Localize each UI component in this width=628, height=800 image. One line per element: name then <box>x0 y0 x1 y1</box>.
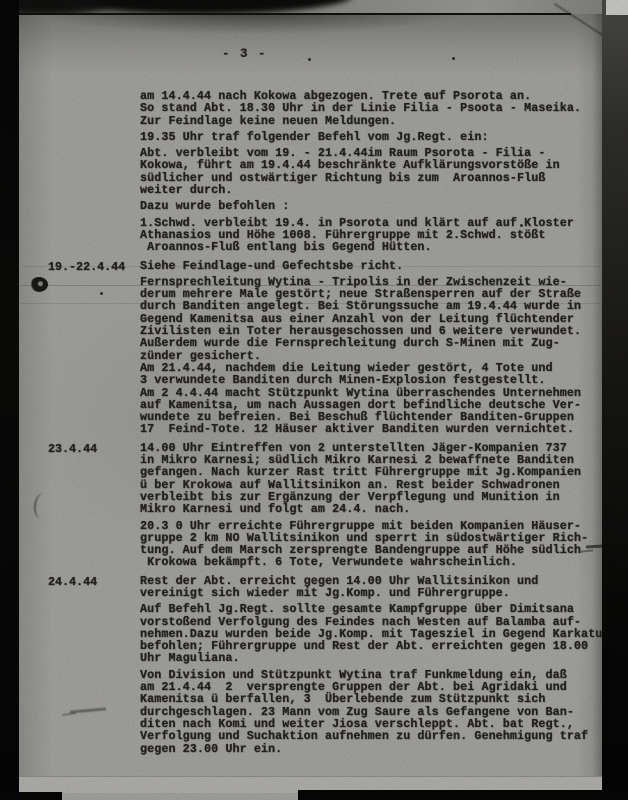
entry-date: 23.4.44 <box>48 442 97 456</box>
text-line: Außerdem wurde die Fernsprechleitung dur… <box>140 337 604 349</box>
text-line: Auf Befehl Jg.Regt. sollte gesamte Kampf… <box>140 603 604 615</box>
text-line: weiter durch. <box>140 184 604 196</box>
entry-paragraph: Rest der Abt. erreicht gegen 14.00 Uhr W… <box>140 575 604 600</box>
text-line: 19.35 Uhr traf folgender Befehl vom Jg.R… <box>140 131 604 143</box>
entry-date: 24.4.44 <box>48 575 97 589</box>
ink-speck <box>452 57 455 60</box>
entry-paragraph: 20.3 0 Uhr erreichte Führergruppe mit be… <box>140 520 604 569</box>
entry-paragraphs: am 14.4.44 nach Kokowa abgezogen. Trete … <box>140 90 604 254</box>
page-shadow-blob <box>19 0 109 14</box>
diary-entry: 19.-22.4.44Siehe Feindlage-und Gefechtsb… <box>48 260 604 436</box>
diary-entries: am 14.4.44 nach Kokowa abgezogen. Trete … <box>48 90 604 761</box>
entry-paragraph: 14.00 Uhr Eintreffen von 2 unterstellten… <box>140 442 604 516</box>
entry-paragraph: Siehe Feindlage-und Gefechtsbe richt. <box>140 260 604 272</box>
text-line: vereinigt sich wieder mit Jg.Komp. und F… <box>140 587 604 599</box>
scanned-document: - 3 - am 14.4.44 nach Kokowa abgezogen. … <box>0 0 628 800</box>
page-number: - 3 - <box>222 47 267 61</box>
scanner-frame-left <box>0 0 19 800</box>
diary-entry: am 14.4.44 nach Kokowa abgezogen. Trete … <box>48 90 604 254</box>
entry-paragraph: Von Division und Stützpunkt Wytina traf … <box>140 669 604 755</box>
text-line: Siehe Feindlage-und Gefechtsbe richt. <box>140 260 604 272</box>
entry-paragraphs: Rest der Abt. erreicht gegen 14.00 Uhr W… <box>140 575 604 755</box>
text-line: Kokowa, führt am 19.4.44 beschränkte Auf… <box>140 159 604 171</box>
ink-speck <box>308 58 311 61</box>
text-line: Kamenitsa ü berfallen, 3 Überlebende zum… <box>140 693 604 705</box>
text-line: Mikro Karnesi und folgt am 24.4. nach. <box>140 503 604 515</box>
entry-paragraph: Fernsprechleitung Wytina - Tripolis in d… <box>140 276 604 436</box>
text-line: So stand Abt. 18.30 Uhr in der Linie Fil… <box>140 102 604 114</box>
entry-paragraphs: 14.00 Uhr Eintreffen von 2 unterstellten… <box>140 442 604 569</box>
entry-paragraph: Abt. verbleibt vom 19. - 21.4.44im Raum … <box>140 147 604 196</box>
hole-punch-mark <box>30 277 48 292</box>
diary-entry: 23.4.4414.00 Uhr Eintreffen von 2 unters… <box>48 442 604 569</box>
text-line: Verfolgung und Suchaktion aufnehmen zu d… <box>140 730 604 742</box>
text-line: Aroannos-Fluß entlang bis Gegend Hütten. <box>140 241 604 253</box>
scanner-background-top <box>19 0 602 14</box>
text-line: durch Banditen angelegt. Bei Störungssuc… <box>140 300 604 312</box>
scanner-frame-bottom <box>298 790 628 800</box>
text-line: Uhr Maguliana. <box>140 652 604 664</box>
scan-corner-highlight <box>606 0 628 15</box>
text-line: Dazu wurde befohlen : <box>140 200 604 212</box>
text-line: 20.3 0 Uhr erreichte Führergruppe mit be… <box>140 520 604 532</box>
entry-paragraphs: Siehe Feindlage-und Gefechtsbe richt.Fer… <box>140 260 604 436</box>
entry-paragraph: am 14.4.44 nach Kokowa abgezogen. Trete … <box>140 90 604 127</box>
entry-date: 19.-22.4.44 <box>48 260 125 274</box>
entry-paragraph: 19.35 Uhr traf folgender Befehl vom Jg.R… <box>140 131 604 143</box>
text-line: 17 Feind-Tote. 12 Häuser aktiver Bandite… <box>140 423 604 435</box>
text-line: gegen 23.00 Uhr ein. <box>140 743 604 755</box>
text-line: Krokowa bekämpft. 6 Tote, Verwundete wah… <box>140 556 604 568</box>
diary-entry: 24.4.44Rest der Abt. erreicht gegen 14.0… <box>48 575 604 755</box>
scanner-frame-right <box>602 0 628 800</box>
entry-paragraph: 1.Schwd. verbleibt 19.4. in Psorota und … <box>140 217 604 254</box>
text-line: Am 2 4.4.44 macht Stützpunkt Wytina über… <box>140 387 604 399</box>
entry-paragraph: Auf Befehl Jg.Regt. sollte gesamte Kampf… <box>140 603 604 664</box>
entry-paragraph: Dazu wurde befohlen : <box>140 200 604 212</box>
scanner-frame-bottom <box>0 792 62 800</box>
text-line: Zur Feindlage keine neuen Meldungen. <box>140 115 604 127</box>
text-line: 3 verwundete Banditen durch Minen-Explos… <box>140 374 604 386</box>
text-line: gefangen. Nach kurzer Rast tritt Führerg… <box>140 466 604 478</box>
page-top-edge <box>19 13 571 15</box>
